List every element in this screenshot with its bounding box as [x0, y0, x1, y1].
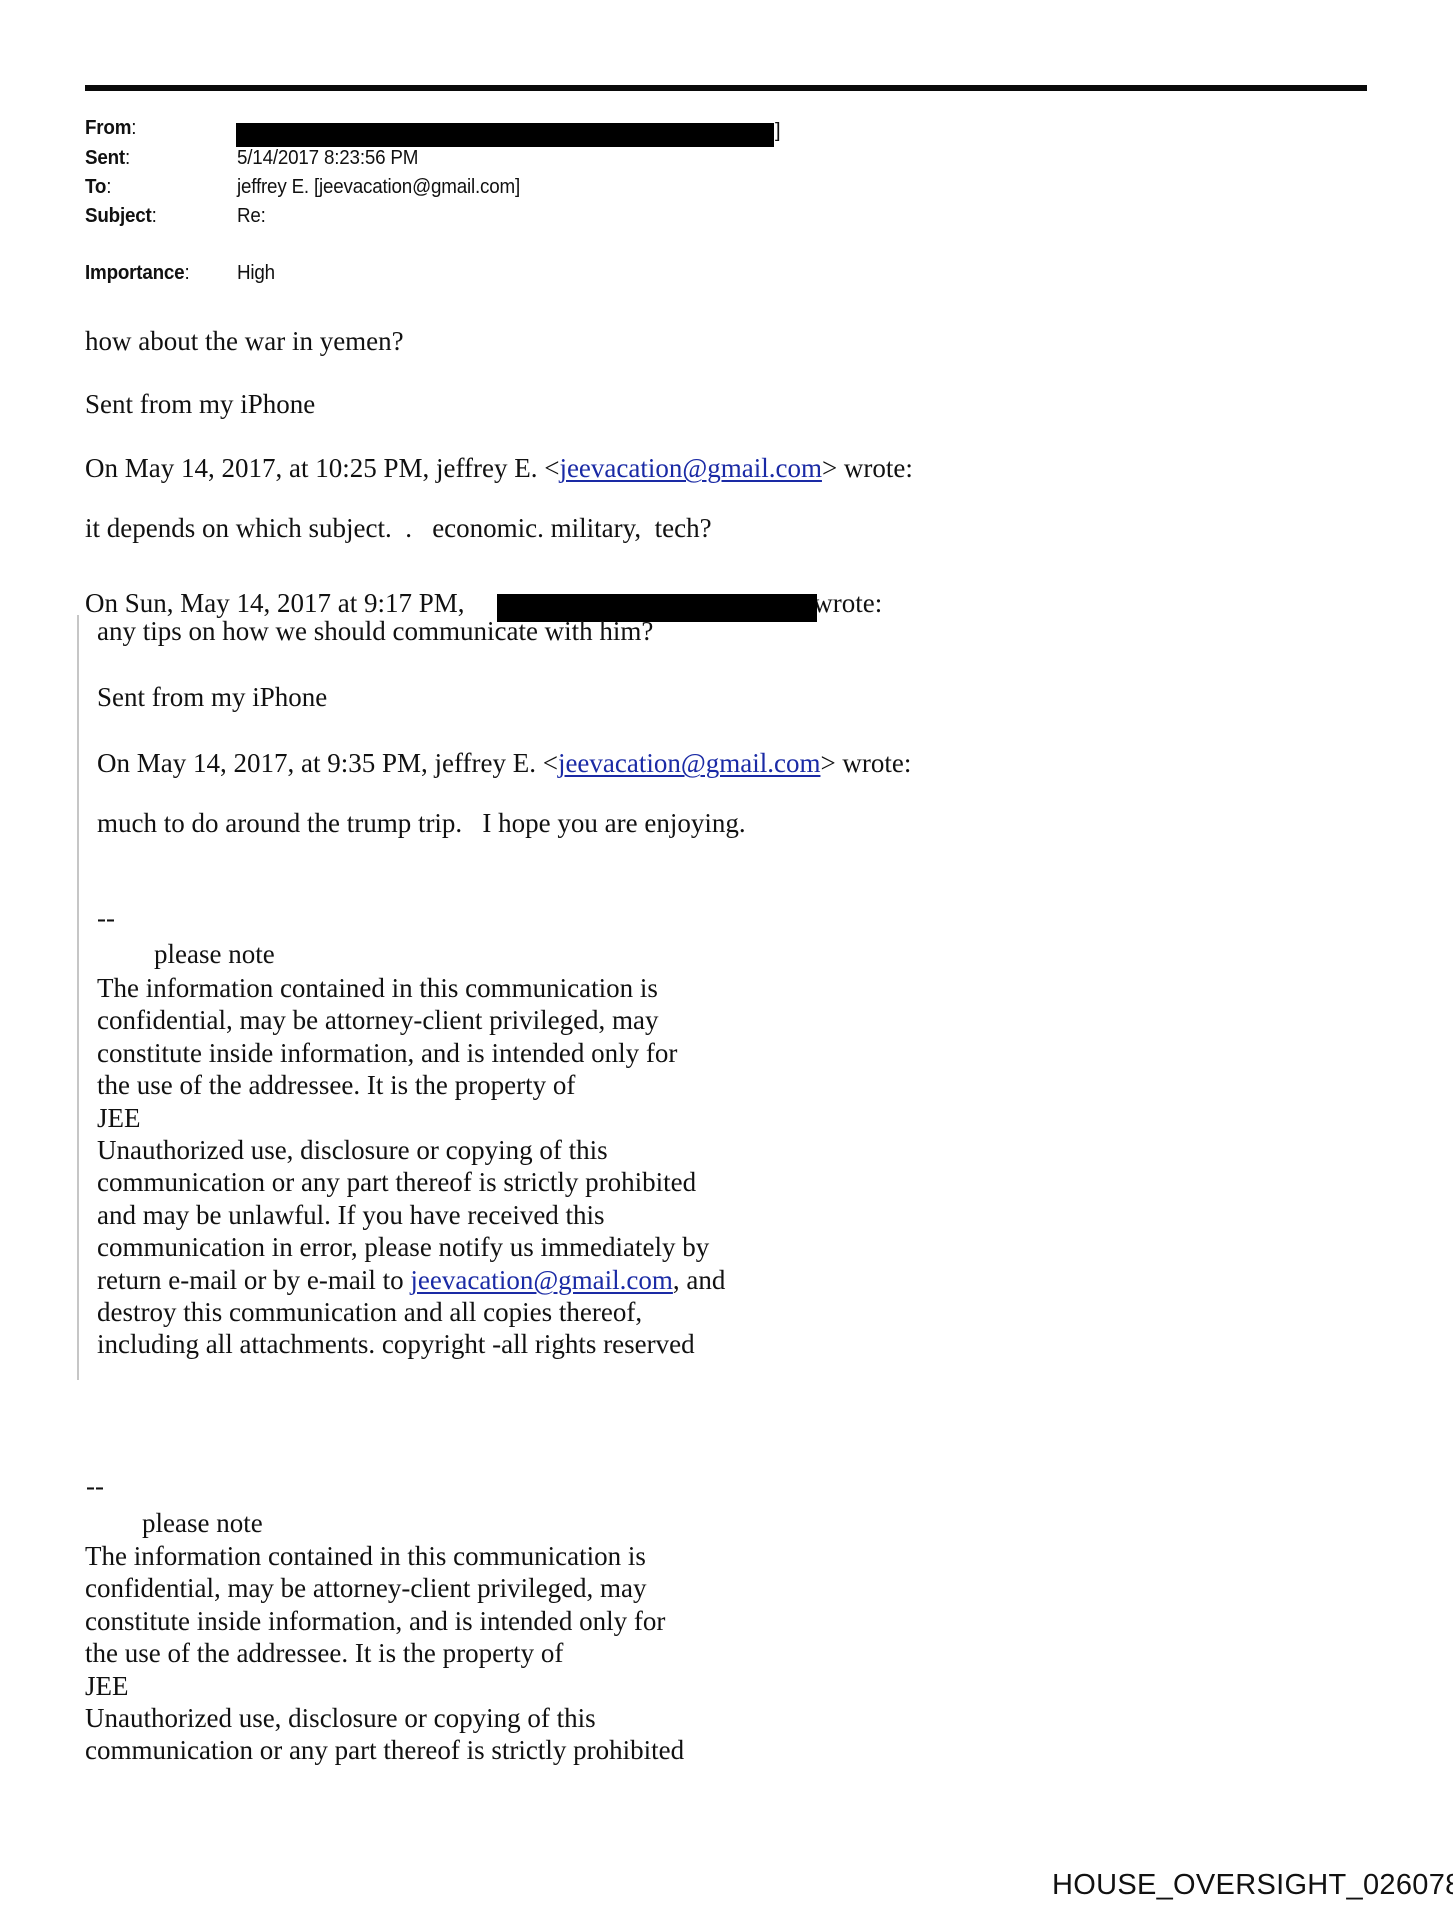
disclaimer-line: The information contained in this commun… — [97, 972, 658, 1004]
disclaimer-line: and may be unlawful. If you have receive… — [97, 1199, 605, 1231]
disclaimer-email-line: return e-mail or by e-mail to jeevacatio… — [97, 1264, 725, 1296]
importance-label: Importance: — [85, 261, 190, 285]
disclaimer-line: communication or any part thereof is str… — [85, 1734, 684, 1766]
subject-label: Subject: — [85, 204, 157, 228]
from-label: From: — [85, 116, 136, 140]
quote-bar — [77, 615, 79, 1380]
quoted-signature: Sent from my iPhone — [97, 681, 327, 713]
body-signature: Sent from my iPhone — [85, 388, 315, 420]
disclaimer-line: The information contained in this commun… — [85, 1540, 646, 1572]
from-redaction — [236, 123, 774, 147]
please-note: please note — [142, 1507, 263, 1539]
quoted-please-note: please note — [154, 938, 275, 970]
disclaimer-line: confidential, may be attorney-client pri… — [85, 1572, 647, 1604]
disclaimer-line: including all attachments. copyright -al… — [97, 1328, 695, 1360]
disclaimer-line: the use of the addressee. It is the prop… — [85, 1637, 563, 1669]
disclaimer-line: JEE — [85, 1670, 129, 1702]
disclaimer-line: Unauthorized use, disclosure or copying … — [97, 1134, 608, 1166]
subject-value: Re: — [237, 204, 266, 228]
disclaimer-line: constitute inside information, and is in… — [97, 1037, 677, 1069]
to-label: To: — [85, 175, 111, 199]
sent-label: Sent: — [85, 146, 130, 170]
sent-value: 5/14/2017 8:23:56 PM — [237, 146, 418, 170]
disclaimer-line: communication or any part thereof is str… — [97, 1166, 696, 1198]
from-bracket: ] — [775, 119, 781, 143]
disclaimer-line: destroy this communication and all copie… — [97, 1296, 642, 1328]
quoted-sig-dashes: -- — [97, 902, 115, 934]
quoted-message: any tips on how we should communicate wi… — [97, 615, 653, 647]
sig-dashes: -- — [86, 1470, 104, 1502]
disclaimer-line: constitute inside information, and is in… — [85, 1605, 665, 1637]
body-message: how about the war in yemen? — [85, 325, 404, 357]
disclaimer-line: confidential, may be attorney-client pri… — [97, 1004, 659, 1036]
header-rule — [85, 85, 1367, 91]
disclaimer-line: JEE — [97, 1102, 141, 1134]
email-link[interactable]: jeevacation@gmail.com — [410, 1265, 673, 1295]
reply-attribution-1: On May 14, 2017, at 10:25 PM, jeffrey E.… — [85, 452, 913, 484]
to-value: jeffrey E. [jeevacation@gmail.com] — [237, 175, 520, 199]
disclaimer-line: the use of the addressee. It is the prop… — [97, 1069, 575, 1101]
disclaimer-line: Unauthorized use, disclosure or copying … — [85, 1702, 596, 1734]
email-link[interactable]: jeevacation@gmail.com — [559, 453, 822, 483]
bates-stamp: HOUSE_OVERSIGHT_026078 — [1052, 1868, 1453, 1902]
email-link[interactable]: jeevacation@gmail.com — [558, 748, 821, 778]
importance-value: High — [237, 261, 275, 285]
quoted-reply-message: much to do around the trump trip. I hope… — [97, 807, 746, 839]
body-reply-message: it depends on which subject. . economic.… — [85, 512, 712, 544]
quoted-attribution: On May 14, 2017, at 9:35 PM, jeffrey E. … — [97, 747, 911, 779]
disclaimer-line: communication in error, please notify us… — [97, 1231, 709, 1263]
